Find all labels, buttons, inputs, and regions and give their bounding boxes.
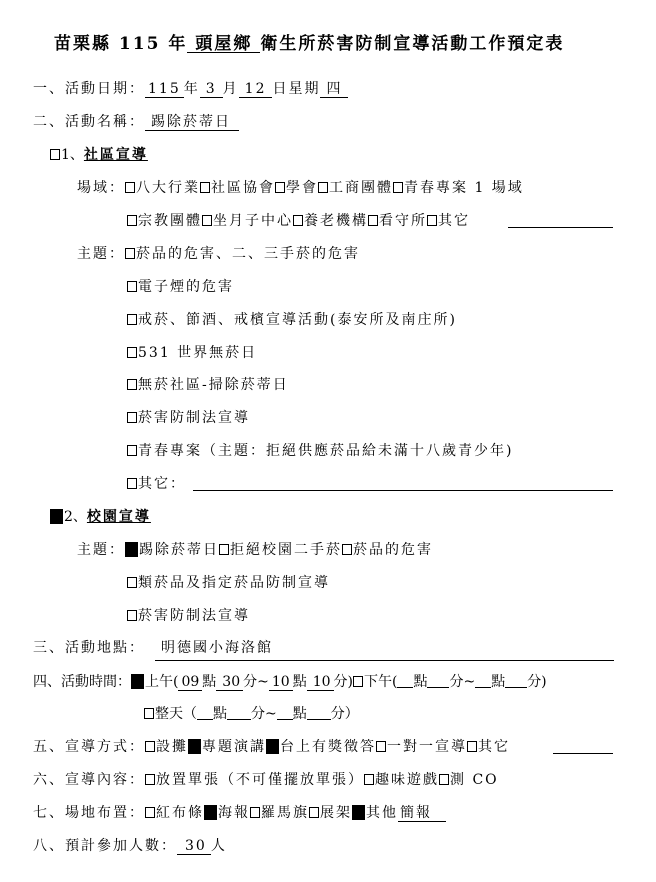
venue-label-text: 八大行業 — [136, 180, 200, 196]
allday-close: 分） — [331, 706, 359, 722]
topic-text: 菸品的危害 — [353, 542, 433, 558]
community-topic-row: 青春專案（主題：拒絕供應菸品給未滿十八歲青少年) — [127, 441, 513, 461]
option-text: 海報 — [218, 805, 250, 821]
topic-checkbox[interactable] — [127, 347, 137, 358]
am-end-hour[interactable]: 10 — [269, 674, 293, 691]
topic-checkbox[interactable] — [127, 610, 137, 621]
title-prefix: 苗栗縣 115 年 — [54, 34, 187, 54]
attendance-field[interactable]: 30 — [177, 838, 211, 855]
method-checkbox[interactable] — [376, 741, 386, 752]
min-unit: 分~ — [243, 674, 269, 690]
venue-checkbox[interactable] — [202, 215, 212, 226]
allday-end-min[interactable] — [307, 705, 331, 720]
venue-checkbox[interactable] — [318, 182, 328, 193]
am-start-min[interactable]: 30 — [216, 674, 243, 691]
venue-checkbox[interactable] — [200, 182, 210, 193]
setup-other-field[interactable]: 簡報 — [398, 805, 446, 822]
content-label: 六、宣導內容： — [33, 772, 145, 788]
location-field[interactable]: 明德國小海洛館 — [155, 640, 614, 661]
topic-text: 菸害防制法宣導 — [138, 410, 250, 426]
pm-checkbox[interactable] — [353, 676, 363, 687]
hour-unit: 點 — [293, 674, 307, 690]
setup-checkbox[interactable] — [309, 807, 319, 818]
community-topic-row: 主題：菸品的危害、二、三手菸的危害 — [77, 244, 360, 264]
campus-topic-row1: 主題：踢除菸蒂日拒絕校園二手菸菸品的危害 — [77, 540, 433, 560]
topic-checkbox[interactable] — [127, 577, 137, 588]
topic-text: 其它： — [138, 476, 186, 492]
attendance-unit: 人 — [211, 838, 227, 854]
option-text: 放置單張（不可僅擺放單張） — [156, 772, 364, 788]
campus-checkbox[interactable] — [50, 509, 63, 524]
hour-unit: 點 — [413, 674, 427, 690]
activity-name-field[interactable]: 踢除菸蒂日 — [145, 114, 239, 131]
method-row: 五、宣導方式：設攤專題演講台上有獎徵答一對一宣導其它 — [33, 737, 510, 757]
option-text: 羅馬旗 — [261, 805, 309, 821]
venue-other-field[interactable] — [508, 213, 613, 228]
document-title: 苗栗縣 115 年頭屋鄉衛生所菸害防制宣導活動工作預定表 — [54, 34, 564, 54]
venue-checkbox[interactable] — [293, 215, 303, 226]
method-checkbox[interactable] — [188, 739, 201, 754]
method-checkbox[interactable] — [266, 739, 279, 754]
setup-checkbox[interactable] — [145, 807, 155, 818]
activity-name-label: 二、活動名稱： — [33, 114, 145, 130]
venue-label-text: 學會 — [286, 180, 318, 196]
activity-date-label: 一、活動日期： — [33, 81, 145, 97]
pm-close: 分) — [527, 674, 546, 690]
topic-checkbox[interactable] — [127, 281, 137, 292]
pm-start-hour[interactable] — [397, 673, 413, 688]
community-heading: 社區宣導 — [84, 147, 148, 163]
venue-checkbox[interactable] — [368, 215, 378, 226]
venue-label-text: 坐月子中心 — [213, 213, 293, 229]
setup-checkbox[interactable] — [250, 807, 260, 818]
weekday-field[interactable]: 四 — [320, 81, 348, 98]
min-unit: 分~ — [449, 674, 475, 690]
topic-text: 類菸品及指定菸品防制宣導 — [138, 575, 330, 591]
venue-label-text: 其它 — [438, 213, 470, 229]
topic-label: 主題： — [77, 246, 125, 262]
day-unit: 日星期 — [272, 81, 320, 97]
method-checkbox[interactable] — [145, 741, 155, 752]
topic-checkbox[interactable] — [127, 445, 137, 456]
content-checkbox[interactable] — [439, 774, 449, 785]
community-topic-row: 戒菸、節酒、戒檳宣導活動(泰安所及南庄所) — [127, 310, 457, 330]
am-close: 分) — [334, 674, 353, 690]
venue-label-text: 青春專案 1 場域 — [404, 180, 524, 196]
year-field[interactable]: 115 — [145, 81, 184, 98]
community-topic-row: 531 世界無菸日 — [127, 343, 257, 363]
hour-unit: 點 — [213, 706, 227, 722]
pm-end-hour[interactable] — [475, 673, 491, 688]
content-checkbox[interactable] — [364, 774, 374, 785]
venue-checkbox[interactable] — [393, 182, 403, 193]
setup-label: 七、場地布置： — [33, 805, 145, 821]
setup-checkbox[interactable] — [204, 805, 217, 820]
option-text: 測 CO — [450, 772, 499, 788]
day-field[interactable]: 12 — [239, 81, 273, 98]
venue-label-text: 工商團體 — [329, 180, 393, 196]
time-label: 四、活動時間： — [33, 674, 131, 690]
setup-row: 七、場地布置：紅布條海報羅馬旗展架其他簡報 — [33, 803, 446, 823]
topic-text: 拒絕校園二手菸 — [230, 542, 342, 558]
allday-start-min[interactable] — [227, 705, 251, 720]
township-field[interactable]: 頭屋鄉 — [187, 36, 260, 53]
campus-number: 2、 — [64, 509, 87, 525]
activity-name-row: 二、活動名稱：踢除菸蒂日 — [33, 112, 239, 132]
topic-text: 菸害防制法宣導 — [138, 608, 250, 624]
option-text: 趣味遊戲 — [375, 772, 439, 788]
location-row: 三、活動地點： — [33, 638, 145, 658]
hour-unit: 點 — [293, 706, 307, 722]
title-suffix: 衛生所菸害防制宣導活動工作預定表 — [260, 34, 564, 54]
venue-label: 場域： — [77, 180, 125, 196]
topic-text: 菸品的危害、二、三手菸的危害 — [136, 246, 360, 262]
topic-text: 電子煙的危害 — [138, 279, 234, 295]
topic-label: 主題： — [77, 542, 125, 558]
activity-date-row: 一、活動日期：115年3月12日星期四 — [33, 79, 348, 99]
topic-checkbox[interactable] — [342, 544, 352, 555]
am-start-hour[interactable]: 09 — [178, 674, 202, 691]
am-label: 上午( — [145, 674, 178, 690]
allday-label: 整天（ — [155, 706, 197, 722]
time-row: 四、活動時間：上午(09點30分~10點10分)下午(點分~點分) — [33, 672, 547, 692]
topic-checkbox[interactable] — [125, 542, 138, 557]
venue-checkbox[interactable] — [125, 182, 135, 193]
topic-checkbox[interactable] — [127, 478, 137, 489]
min-unit: 分~ — [251, 706, 277, 722]
community-venue-row2: 宗教團體坐月子中心養老機構看守所其它 — [127, 211, 470, 231]
allday-row: 整天（點分~點分） — [144, 704, 359, 724]
am-end-min[interactable]: 10 — [307, 674, 334, 691]
community-topic-row: 電子煙的危害 — [127, 277, 234, 297]
option-text: 一對一宣導 — [387, 739, 467, 755]
method-label: 五、宣導方式： — [33, 739, 145, 755]
hour-unit: 點 — [202, 674, 216, 690]
location-label: 三、活動地點： — [33, 640, 145, 656]
option-text: 紅布條 — [156, 805, 204, 821]
topic-text: 青春專案（主題：拒絕供應菸品給未滿十八歲青少年) — [138, 443, 513, 459]
allday-checkbox[interactable] — [144, 708, 154, 719]
community-number: 1、 — [61, 147, 84, 163]
topic-other-field[interactable] — [193, 476, 613, 491]
community-venue-row1: 場域：八大行業社區協會學會工商團體青春專案 1 場域 — [77, 178, 524, 198]
community-topic-row: 無菸社區-掃除菸蒂日 — [127, 375, 289, 395]
topic-checkbox[interactable] — [127, 412, 137, 423]
topic-checkbox[interactable] — [219, 544, 229, 555]
venue-checkbox[interactable] — [127, 215, 137, 226]
option-text: 設攤 — [156, 739, 188, 755]
venue-label-text: 看守所 — [379, 213, 427, 229]
month-field[interactable]: 3 — [200, 81, 223, 98]
campus-topic-row: 菸害防制法宣導 — [127, 606, 250, 626]
community-topic-row: 菸害防制法宣導 — [127, 408, 250, 428]
hour-unit: 點 — [491, 674, 505, 690]
year-unit: 年 — [184, 81, 200, 97]
setup-checkbox[interactable] — [352, 805, 365, 820]
content-row: 六、宣導內容：放置單張（不可僅擺放單張）趣味遊戲測 CO — [33, 770, 499, 790]
campus-heading-row: 2、校園宣導 — [50, 507, 151, 527]
venue-checkbox[interactable] — [427, 215, 437, 226]
topic-checkbox[interactable] — [125, 248, 135, 259]
topic-checkbox[interactable] — [127, 314, 137, 325]
attendance-label: 八、預計參加人數： — [33, 838, 177, 854]
topic-checkbox[interactable] — [127, 379, 137, 390]
venue-label-text: 宗教團體 — [138, 213, 202, 229]
option-text: 展架 — [320, 805, 352, 821]
pm-label: 下午( — [364, 674, 397, 690]
pm-end-min[interactable] — [505, 673, 527, 688]
pm-start-min[interactable] — [427, 673, 449, 688]
community-topic-row: 其它： — [127, 474, 186, 494]
venue-label-text: 社區協會 — [211, 180, 275, 196]
topic-text: 無菸社區-掃除菸蒂日 — [138, 377, 289, 393]
community-checkbox[interactable] — [50, 149, 60, 160]
method-checkbox[interactable] — [467, 741, 477, 752]
campus-heading: 校園宣導 — [87, 509, 151, 525]
am-checkbox[interactable] — [131, 674, 144, 689]
attendance-row: 八、預計參加人數：30人 — [33, 836, 227, 856]
topic-text: 戒菸、節酒、戒檳宣導活動(泰安所及南庄所) — [138, 312, 457, 328]
option-text: 專題演講 — [202, 739, 266, 755]
option-text: 其它 — [478, 739, 510, 755]
venue-label-text: 養老機構 — [304, 213, 368, 229]
method-other-field[interactable] — [553, 739, 613, 754]
venue-checkbox[interactable] — [275, 182, 285, 193]
allday-start-hour[interactable] — [197, 705, 213, 720]
campus-topic-row: 類菸品及指定菸品防制宣導 — [127, 573, 330, 593]
option-text: 台上有獎徵答 — [280, 739, 376, 755]
month-unit: 月 — [223, 81, 239, 97]
content-checkbox[interactable] — [145, 774, 155, 785]
community-heading-row: 1、社區宣導 — [50, 145, 148, 165]
option-text: 其他 — [366, 805, 398, 821]
topic-text: 531 世界無菸日 — [138, 345, 257, 361]
allday-end-hour[interactable] — [277, 705, 293, 720]
topic-text: 踢除菸蒂日 — [139, 542, 219, 558]
